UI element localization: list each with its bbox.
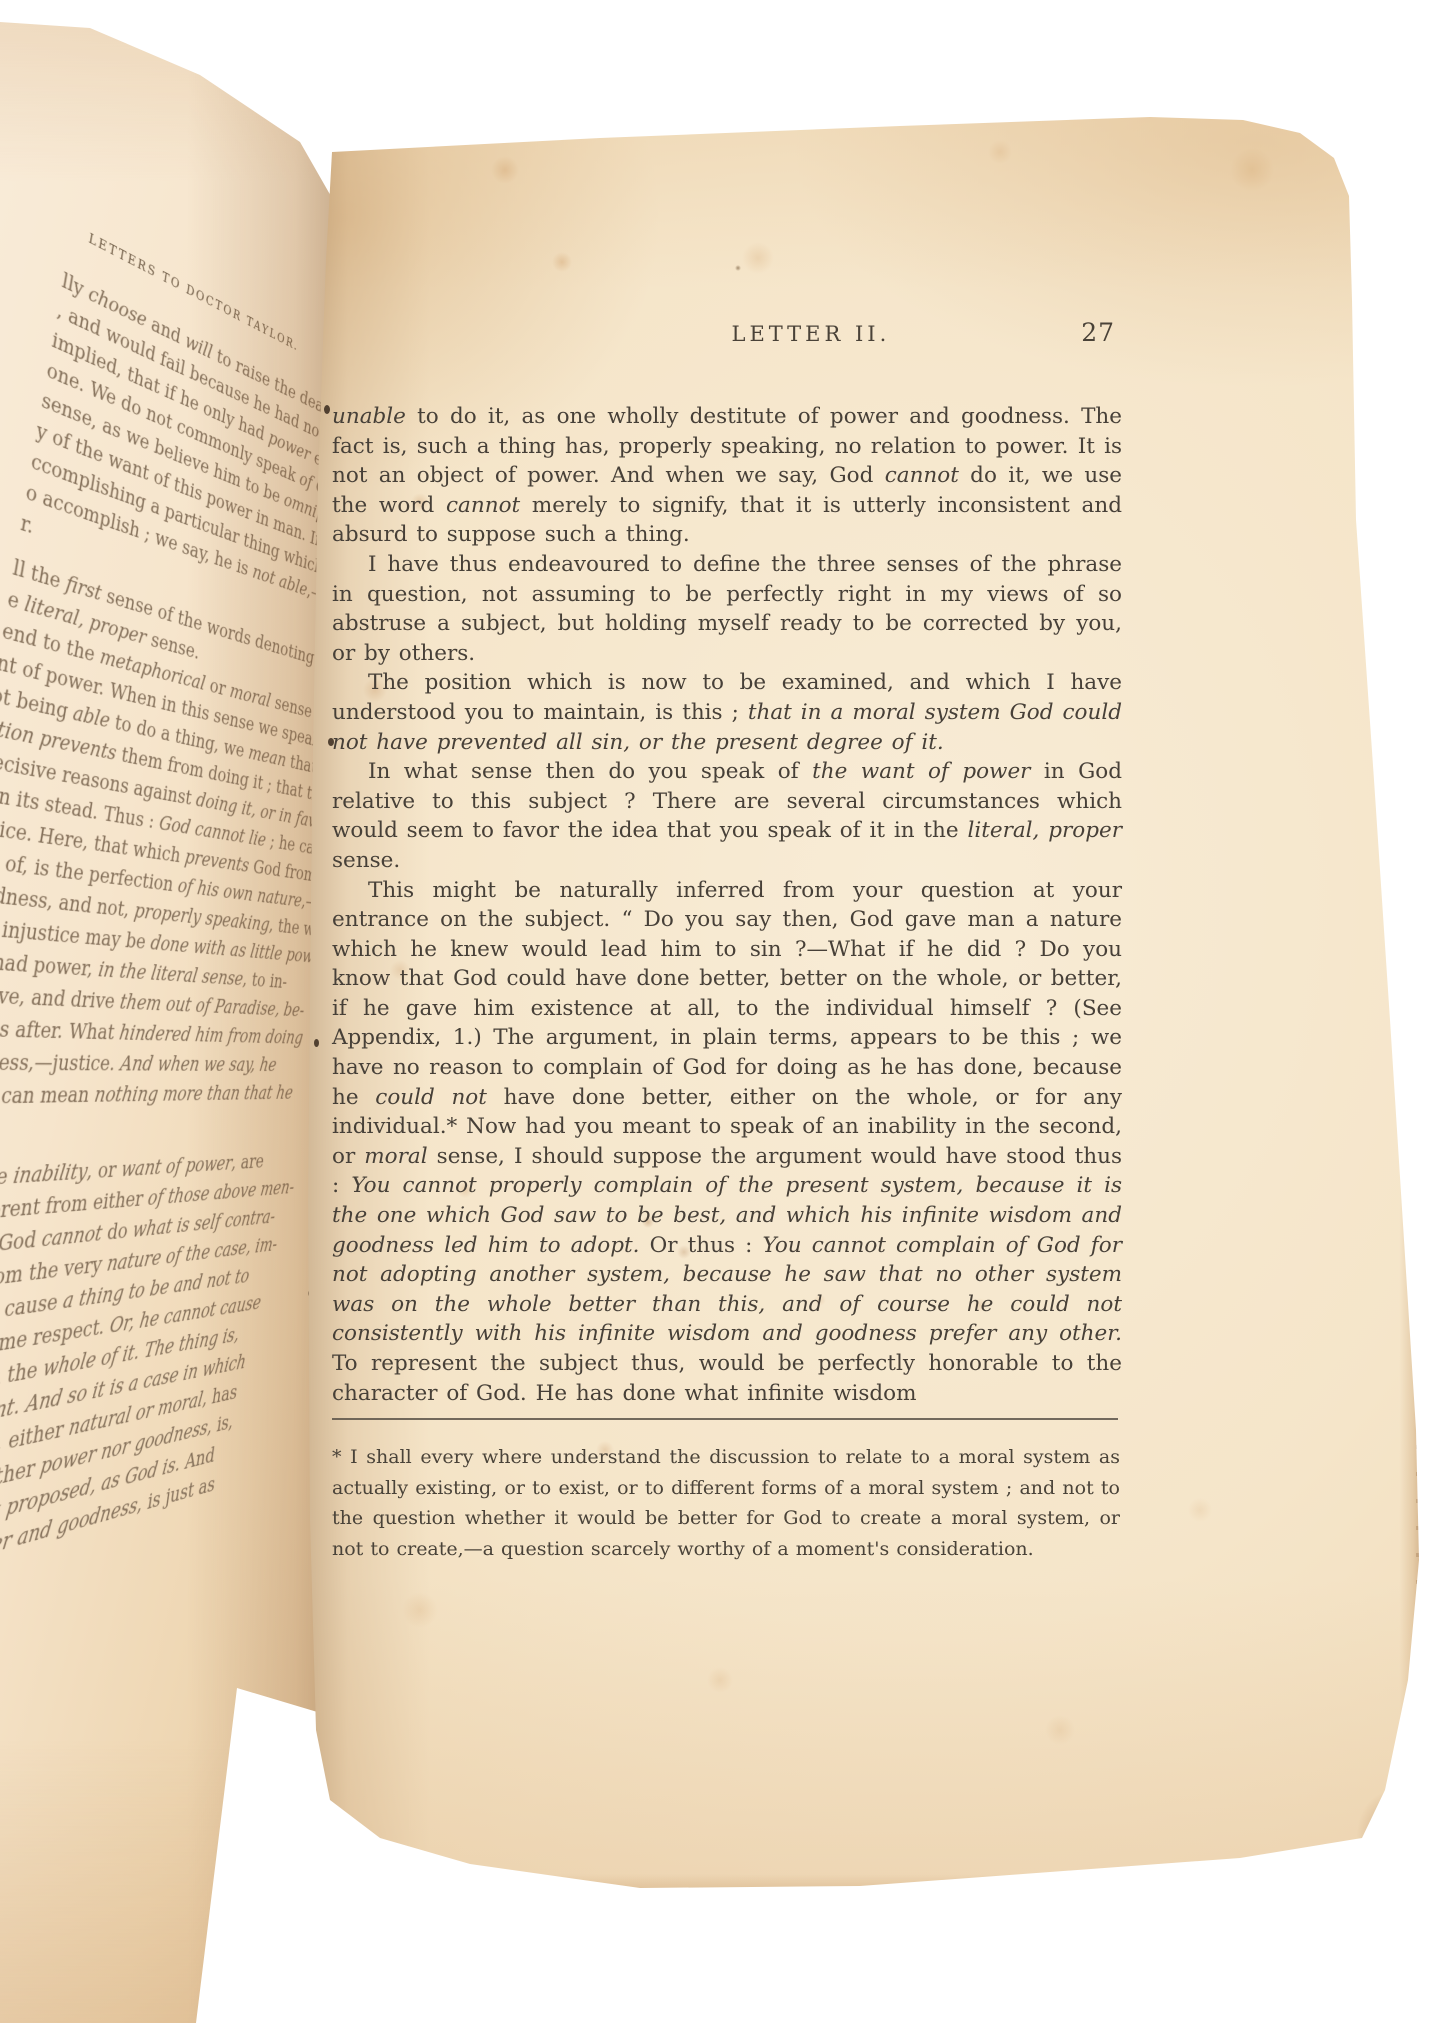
italic-text-run: cannot [885, 463, 959, 488]
paragraph: The position which is now to be examined… [332, 668, 1122, 757]
italic-text-run: unable [332, 404, 406, 429]
paragraph: I have thus endeavoured to define the th… [332, 550, 1122, 668]
text-run: eally as after. What [0, 1015, 121, 1045]
italic-text-run: in the literal sense [97, 958, 245, 990]
page-number: 27 [1081, 318, 1115, 347]
text-run: or [204, 674, 232, 702]
paragraph: In what sense then do you speak of the w… [332, 757, 1122, 875]
italic-text-run: cannot [446, 493, 520, 518]
text-run: , is, [206, 1411, 235, 1440]
left-page: LETTERS TO DOCTOR TAYLOR. lly choose and… [0, 0, 360, 2023]
text-run: sense. [332, 848, 400, 873]
italic-text-run: the want of power [812, 759, 1030, 784]
running-header-letter-ii: LETTER II. [732, 322, 891, 346]
text-run: do [100, 1219, 134, 1246]
text-run: This might be naturally inferred from yo… [332, 878, 1122, 1110]
stitch-speck [314, 1039, 319, 1047]
page-header-row: LETTER II. 27 [332, 322, 1115, 356]
italic-text-run: literal, proper [967, 818, 1122, 843]
italic-text-run: hindered him from doing [118, 1022, 305, 1049]
text-run: , are [230, 1151, 265, 1175]
deckle-edge-streaks [1416, 230, 1425, 1730]
text-run: I have thus endeavoured to define the th… [332, 552, 1122, 666]
text-run: act, we can mean [0, 1084, 96, 1111]
open-book-photo: LETTERS TO DOCTOR TAYLOR. lly choose and… [0, 0, 1445, 2023]
deckle-edge-right [1395, 190, 1425, 1770]
deckle-corner-bottom-right [1339, 1778, 1419, 1874]
right-page: LETTER II. 27 unable to do it, as one wh… [300, 110, 1425, 1900]
text-run: To represent the subject thus, would be … [332, 1351, 1122, 1406]
text-run: —holiness,—justice. [0, 1050, 122, 1076]
text-run: , to in- [241, 969, 288, 993]
italic-text-run: want of power [120, 1153, 234, 1182]
italic-text-run: could not [375, 1085, 487, 1110]
text-run: r. [19, 512, 36, 540]
italic-text-run: inability [11, 1160, 89, 1189]
left-page-line: —holiness,—justice. And when we say, he [0, 1045, 294, 1080]
footnote-text: * I shall every where understand the dis… [332, 1442, 1120, 1564]
paragraph: This might be naturally inferred from yo… [332, 876, 1122, 1409]
text-run: Or thus : [639, 1233, 762, 1258]
stitch-speck [324, 405, 330, 414]
text-run: In what sense then do you speak of [368, 759, 812, 784]
italic-text-run: able [71, 702, 111, 733]
deckle-edge-bottom [390, 1874, 1385, 1900]
page-body-text: unable to do it, as one wholly destitute… [332, 402, 1122, 1408]
left-page-line: d. [0, 1107, 287, 1150]
italic-text-run: nothing more than that he [93, 1083, 294, 1108]
footnote-rule [332, 1418, 1118, 1420]
italic-text-run: And when we say, he [119, 1053, 278, 1076]
text-run: * I shall every where understand the dis… [332, 1446, 1120, 1560]
italic-text-run: cannot [40, 1222, 104, 1252]
italic-text-run: them out of Paradise, be- [118, 991, 305, 1022]
text-run: and Eve, and drive [0, 981, 122, 1014]
paragraph: unable to do it, as one wholly destitute… [332, 402, 1122, 550]
text-run: , or [85, 1158, 123, 1184]
italic-text-run: moral [364, 1144, 427, 1169]
